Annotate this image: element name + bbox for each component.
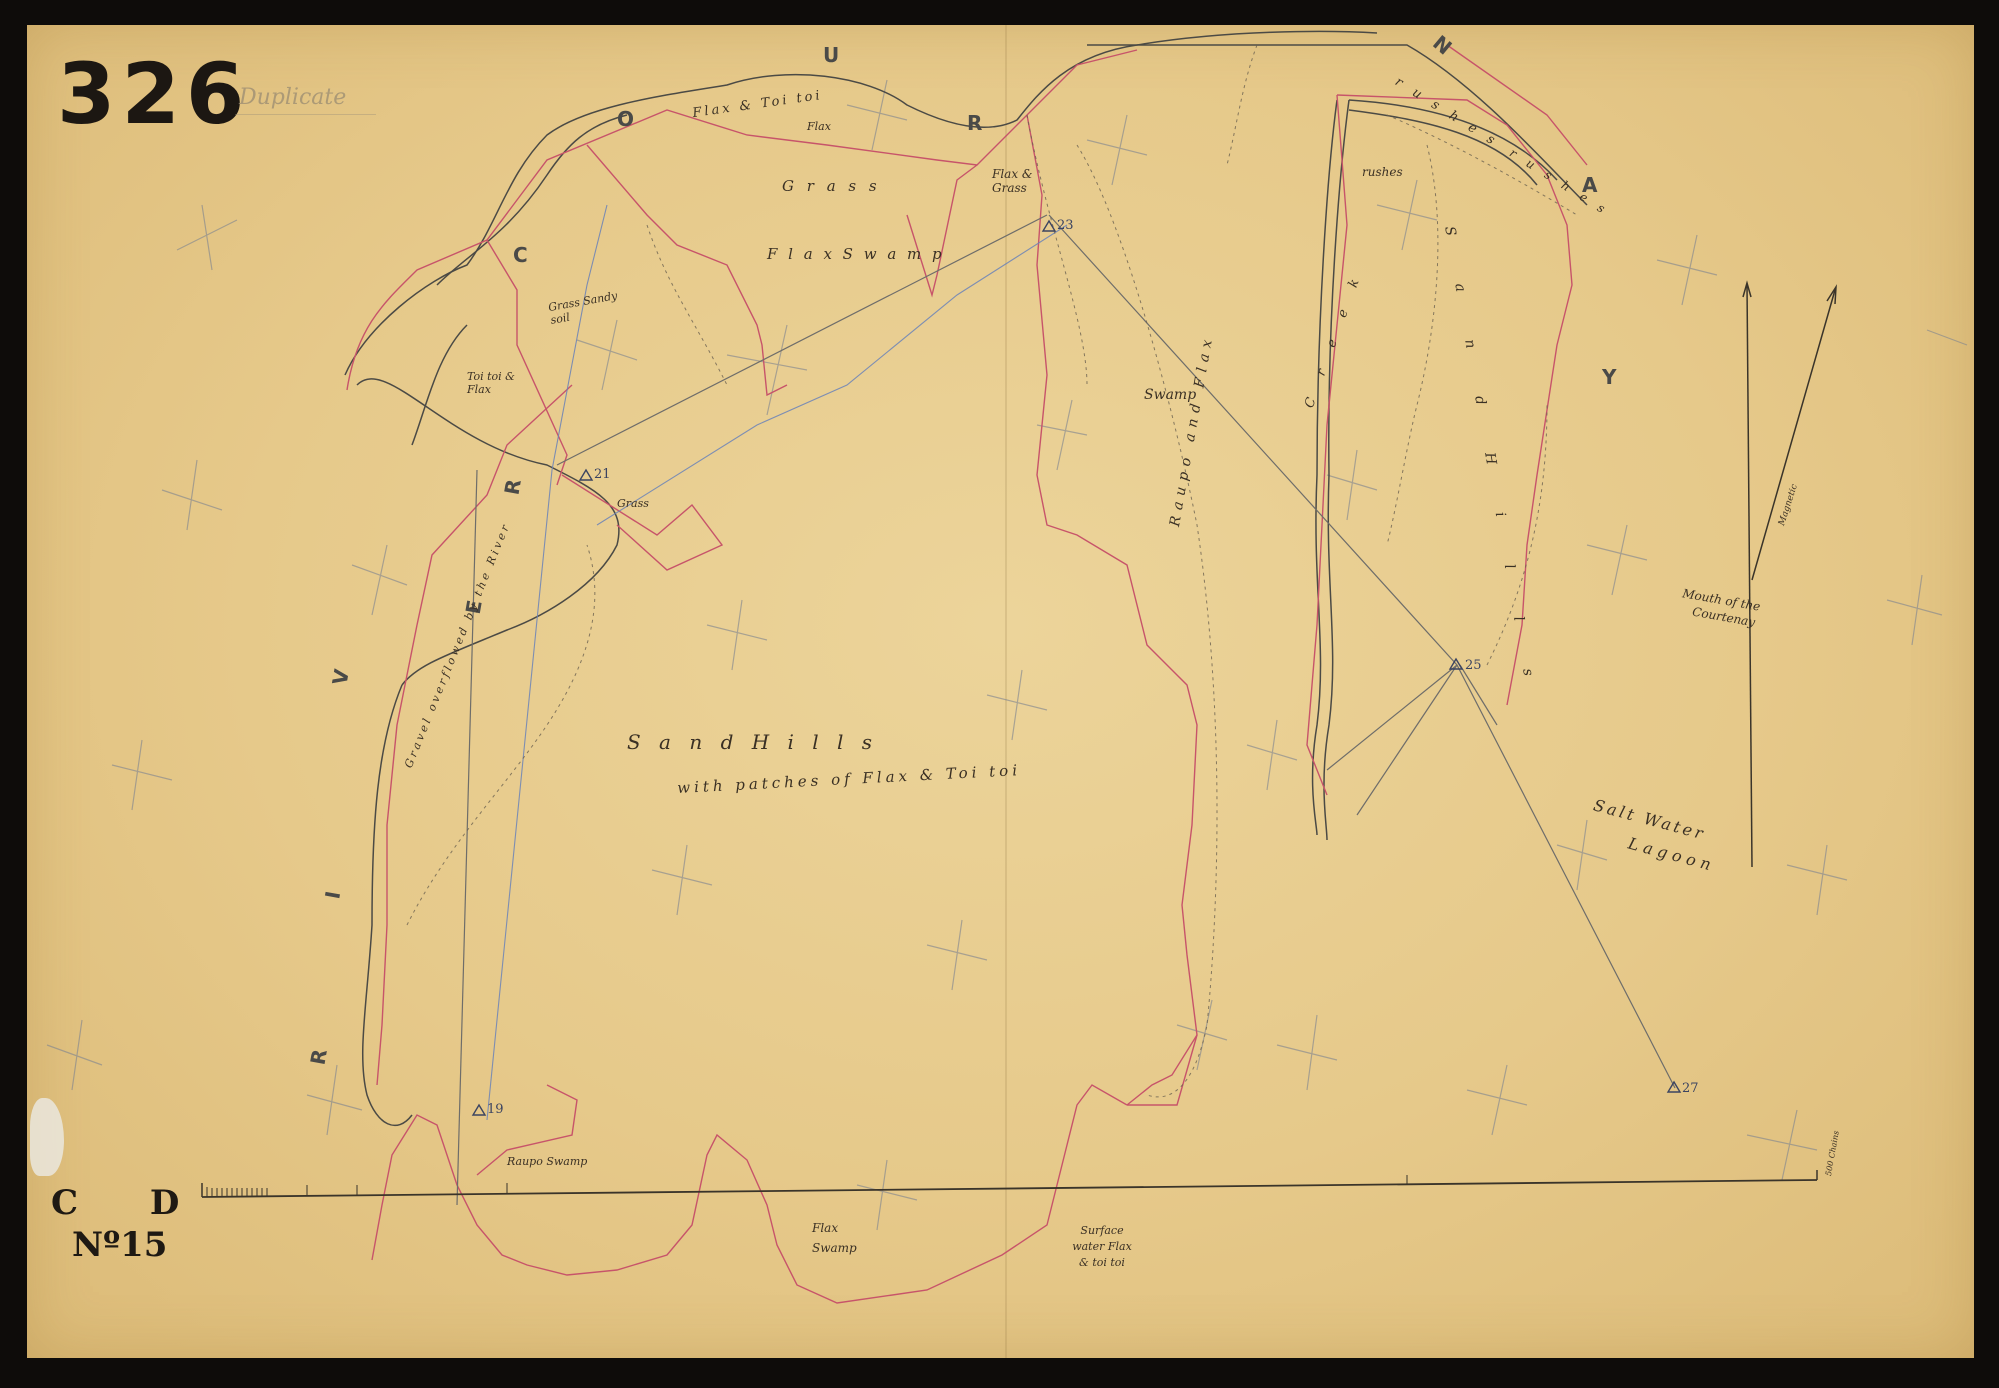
dotted-boundaries <box>407 45 1577 1097</box>
station-27: 27 <box>1682 1081 1699 1096</box>
series-label: C D <box>51 1183 209 1223</box>
sheet-number: 326 <box>57 45 250 143</box>
survey-lines-blue <box>487 205 1067 1120</box>
station-21: 21 <box>594 467 611 482</box>
duplicate-note: Duplicate <box>235 85 376 115</box>
survey-map-drawing <box>27 25 1974 1358</box>
label-grass: G r a s s <box>782 177 881 195</box>
survey-lines-pencil <box>202 215 1836 1205</box>
label-grass-small: Grass <box>617 497 649 510</box>
map-sheet: 326 Duplicate C D Nº15 O U R N A Y C R E… <box>27 25 1974 1358</box>
series-number: Nº15 <box>72 1225 167 1265</box>
survey-traverse-red <box>347 45 1587 1303</box>
river-name-letter: C <box>513 243 528 267</box>
label-flax: Flax <box>807 120 831 133</box>
river-name-letter: R <box>967 111 982 135</box>
label-rushes-inner: rushes <box>1362 165 1403 179</box>
label-flax-swamp-bottom: Flax Swamp <box>812 1218 862 1258</box>
station-markers <box>473 221 1680 1115</box>
river-name-letter: O <box>617 107 634 131</box>
station-19: 19 <box>487 1102 504 1117</box>
label-flax-swamp: F l a x S w a m p <box>767 245 945 263</box>
river-banks <box>345 31 1587 1125</box>
label-surface-water: Surface water Flax & toi toi <box>1067 1223 1137 1271</box>
grid-crosses <box>47 80 1967 1230</box>
river-name-letter: U <box>823 43 839 67</box>
label-toitoi-flax: Toi toi & Flax <box>467 370 517 396</box>
label-sand-hills: S a n d H i l l s <box>627 730 878 754</box>
station-25: 25 <box>1465 658 1482 673</box>
label-raupo-swamp: Raupo Swamp <box>507 1155 587 1168</box>
station-23: 23 <box>1057 218 1074 233</box>
label-flax-grass: Flax & Grass <box>992 167 1052 195</box>
river-name-letter: Y <box>1602 365 1616 389</box>
